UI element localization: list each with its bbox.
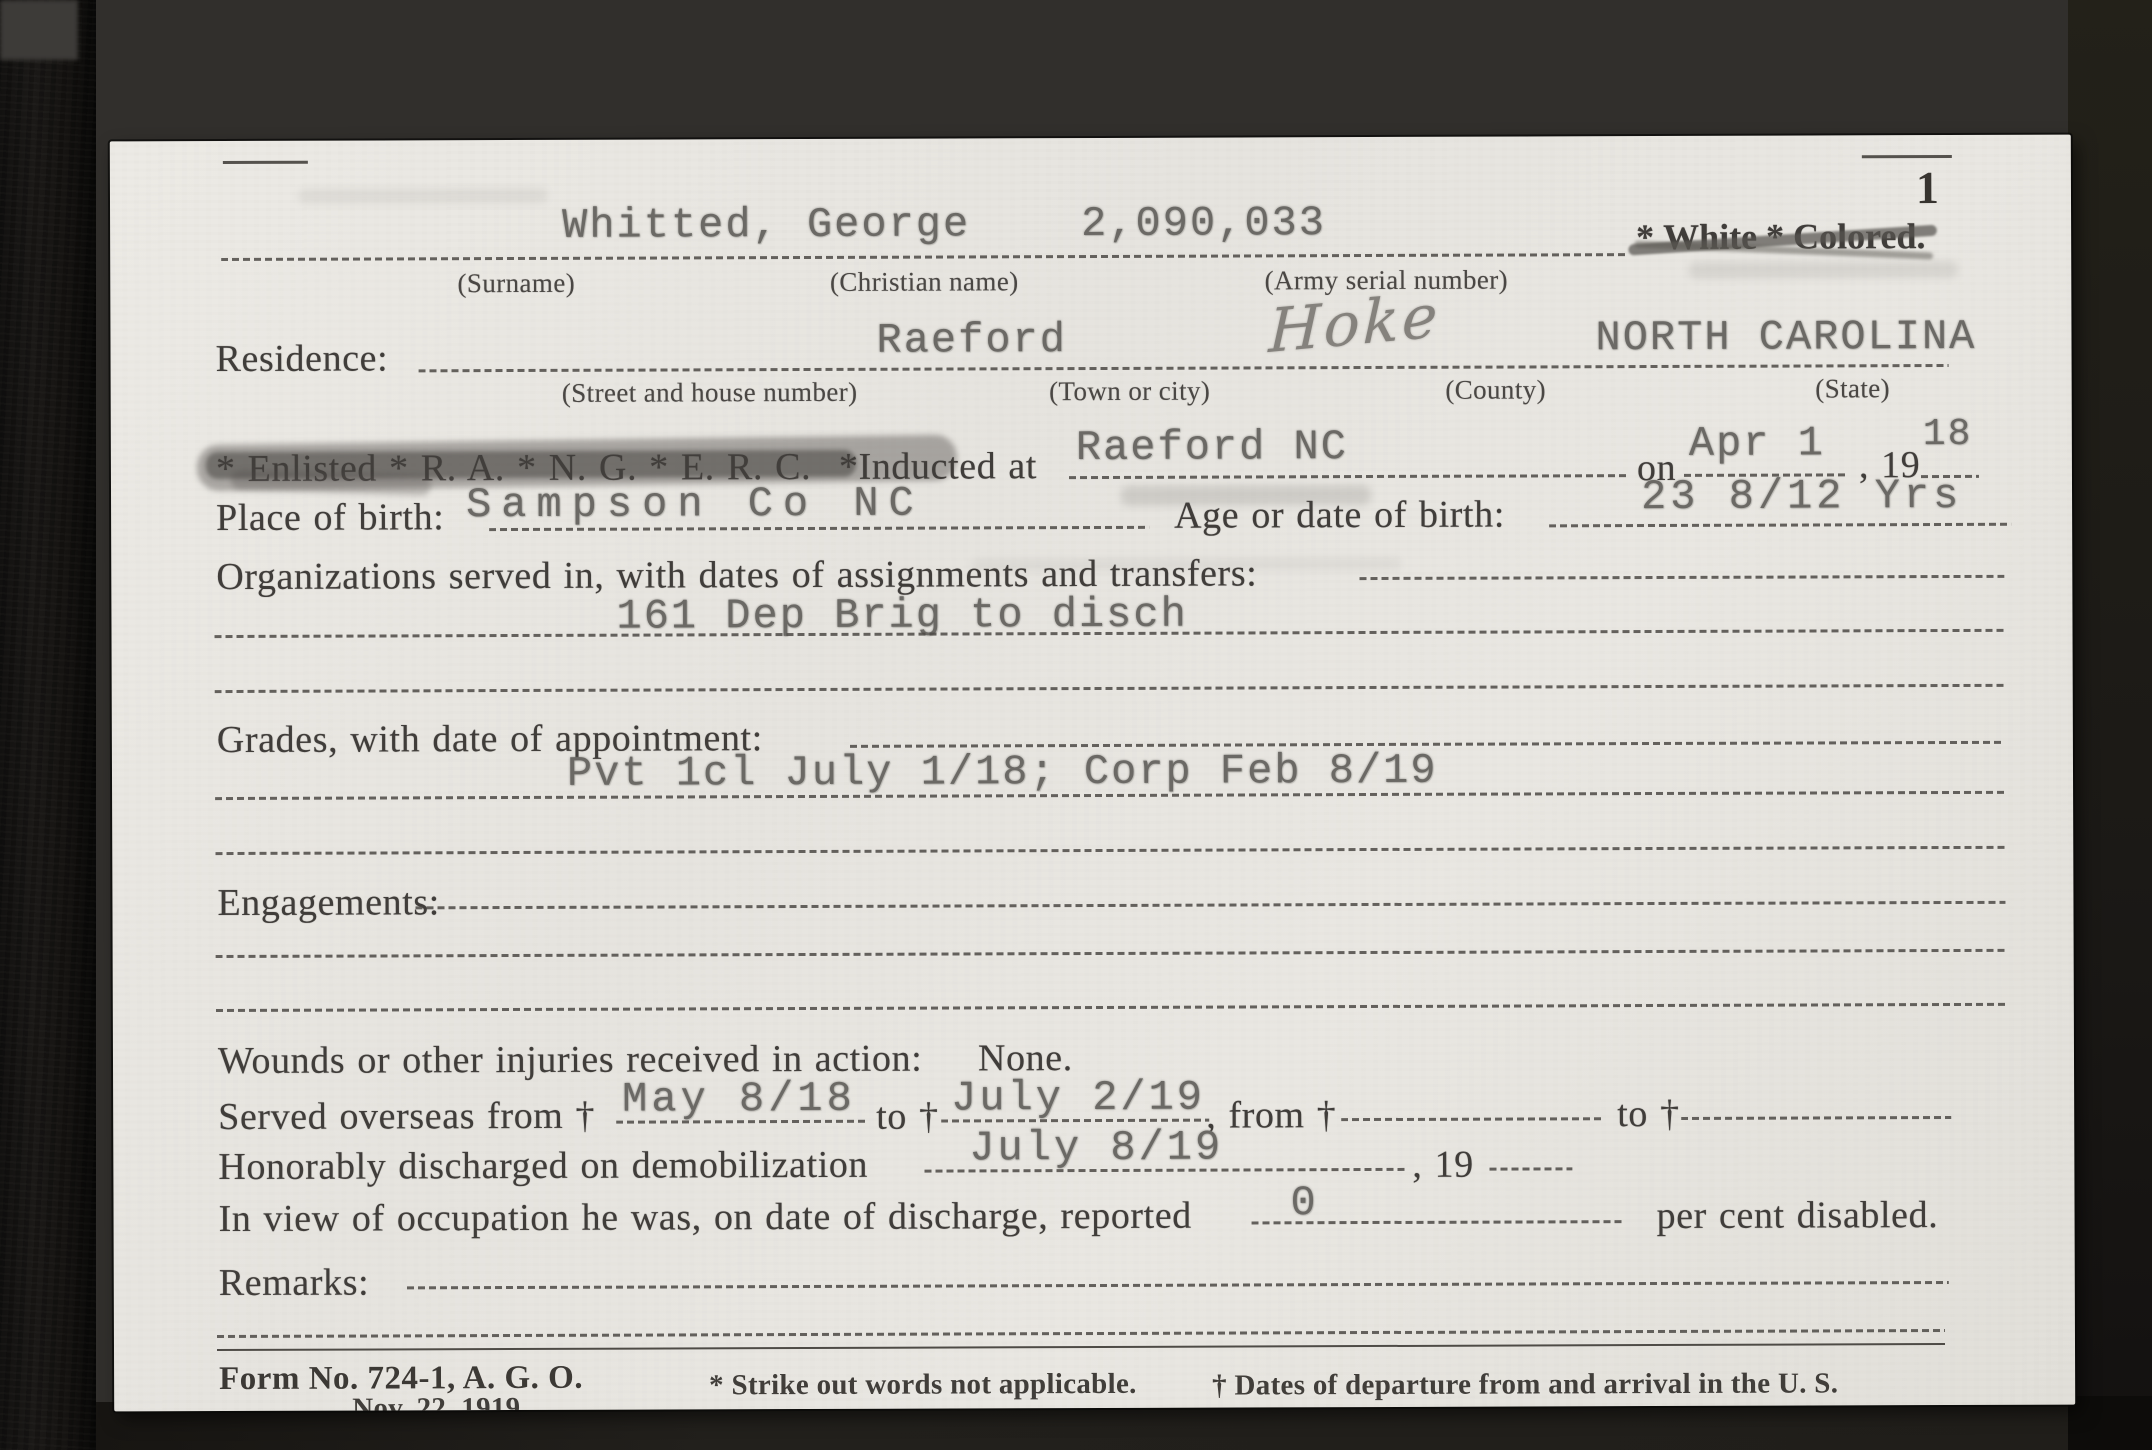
page-number-overline: [1862, 155, 1952, 158]
grades-value: Pvt 1cl July 1/18; Corp Feb 8/19: [567, 747, 1438, 798]
discharge-year-label: , 19: [1412, 1143, 1474, 1187]
dotted-rule-line: [215, 684, 2005, 693]
discharge-date-value: July 8/19: [969, 1124, 1223, 1173]
scanned-photo-frame: 1 Whitted, George 2,090,033 * White * Co…: [0, 0, 2152, 1450]
county-label: (County): [1396, 374, 1596, 406]
dotted-rule-line: [1681, 1116, 1951, 1120]
film-texture: [0, 0, 96, 1450]
form-date: Nov. 22, 1919.: [352, 1392, 528, 1411]
dotted-rule-line: [1549, 523, 2011, 528]
dagger-note: † Dates of departure from and arrival in…: [1212, 1367, 1838, 1402]
disability-value: 0: [1290, 1179, 1317, 1227]
corner-patch: [0, 0, 78, 60]
street-label: (Street and house number): [490, 377, 930, 410]
overseas-to1-label: to †: [876, 1095, 939, 1139]
race-selector: * White * Colored.: [1636, 215, 1925, 258]
overseas-to2-label: to †: [1617, 1092, 1680, 1136]
dotted-rule-line: [419, 364, 1949, 372]
remarks-label: Remarks:: [219, 1261, 370, 1306]
dotted-rule-line: [415, 901, 2005, 910]
residence-label: Residence:: [215, 336, 388, 381]
footer-rule: [217, 1343, 1945, 1351]
age-value: 23 8/12 Yrs: [1641, 472, 1962, 521]
dotted-rule-line: [217, 1329, 1945, 1338]
bottom-right-corner: [2068, 1396, 2152, 1450]
dotted-rule-line: [1489, 1167, 1572, 1170]
film-edge-strip: [0, 0, 96, 1450]
residence-county-value: Hoke: [1268, 281, 1442, 367]
overseas-from1-value: May 8/18: [622, 1075, 856, 1124]
town-label: (Town or city): [1000, 375, 1260, 407]
overseas-to1-value: July 2/19: [951, 1074, 1205, 1123]
service-record-card: 1 Whitted, George 2,090,033 * White * Co…: [110, 135, 2075, 1412]
dotted-rule-line: [221, 253, 1626, 261]
engagements-label: Engagements:: [217, 880, 440, 925]
residence-town-value: Raeford: [876, 316, 1067, 365]
place-of-birth-value: Sampson Co NC: [466, 480, 924, 530]
surname-label: (Surname): [416, 268, 616, 300]
page-number: 1: [1916, 161, 1939, 214]
dotted-rule-line: [616, 1120, 866, 1124]
age-label: Age or date of birth:: [1174, 493, 1505, 538]
disability-label: In view of occupation he was, on date of…: [218, 1194, 1191, 1241]
dotted-rule-line: [216, 949, 2006, 958]
residence-state-value: NORTH CAROLINA: [1595, 313, 1976, 362]
right-dark-band: [2068, 0, 2152, 1450]
ghost-artifact: [1688, 261, 1958, 279]
name-value: Whitted, George: [562, 200, 970, 249]
dotted-rule-line: [1252, 1220, 1625, 1224]
state-label: (State): [1773, 373, 1933, 405]
dotted-rule-line: [215, 846, 2005, 855]
ghost-artifact: [298, 188, 548, 204]
served-overseas-label: Served overseas from †: [218, 1094, 595, 1139]
dotted-rule-line: [216, 1003, 2006, 1012]
dotted-rule-line: [941, 1119, 1209, 1123]
place-of-birth-label: Place of birth:: [216, 495, 444, 540]
dotted-rule-line: [1341, 1117, 1604, 1121]
induction-year-value: 18: [1923, 413, 1973, 456]
serial-value: 2,090,033: [1081, 199, 1326, 248]
strike-out-note: * Strike out words not applicable.: [709, 1368, 1137, 1402]
race-white-option: White: [1663, 216, 1757, 258]
dotted-rule-line: [1359, 575, 2004, 580]
dotted-rule-line: [407, 1281, 1949, 1289]
induction-date-value: Apr 1: [1689, 419, 1825, 467]
discharge-label: Honorably discharged on demobilization: [218, 1143, 868, 1189]
overseas-from2-label: , from †: [1206, 1093, 1336, 1137]
induction-place-value: Raeford NC: [1076, 423, 1348, 472]
dotted-rule-line: [1069, 474, 1629, 479]
dotted-rule-line: [924, 1168, 1405, 1173]
top-left-mark: [223, 161, 308, 164]
christian-name-label: (Christian name): [774, 266, 1074, 298]
percent-disabled-label: per cent disabled.: [1656, 1193, 1938, 1238]
